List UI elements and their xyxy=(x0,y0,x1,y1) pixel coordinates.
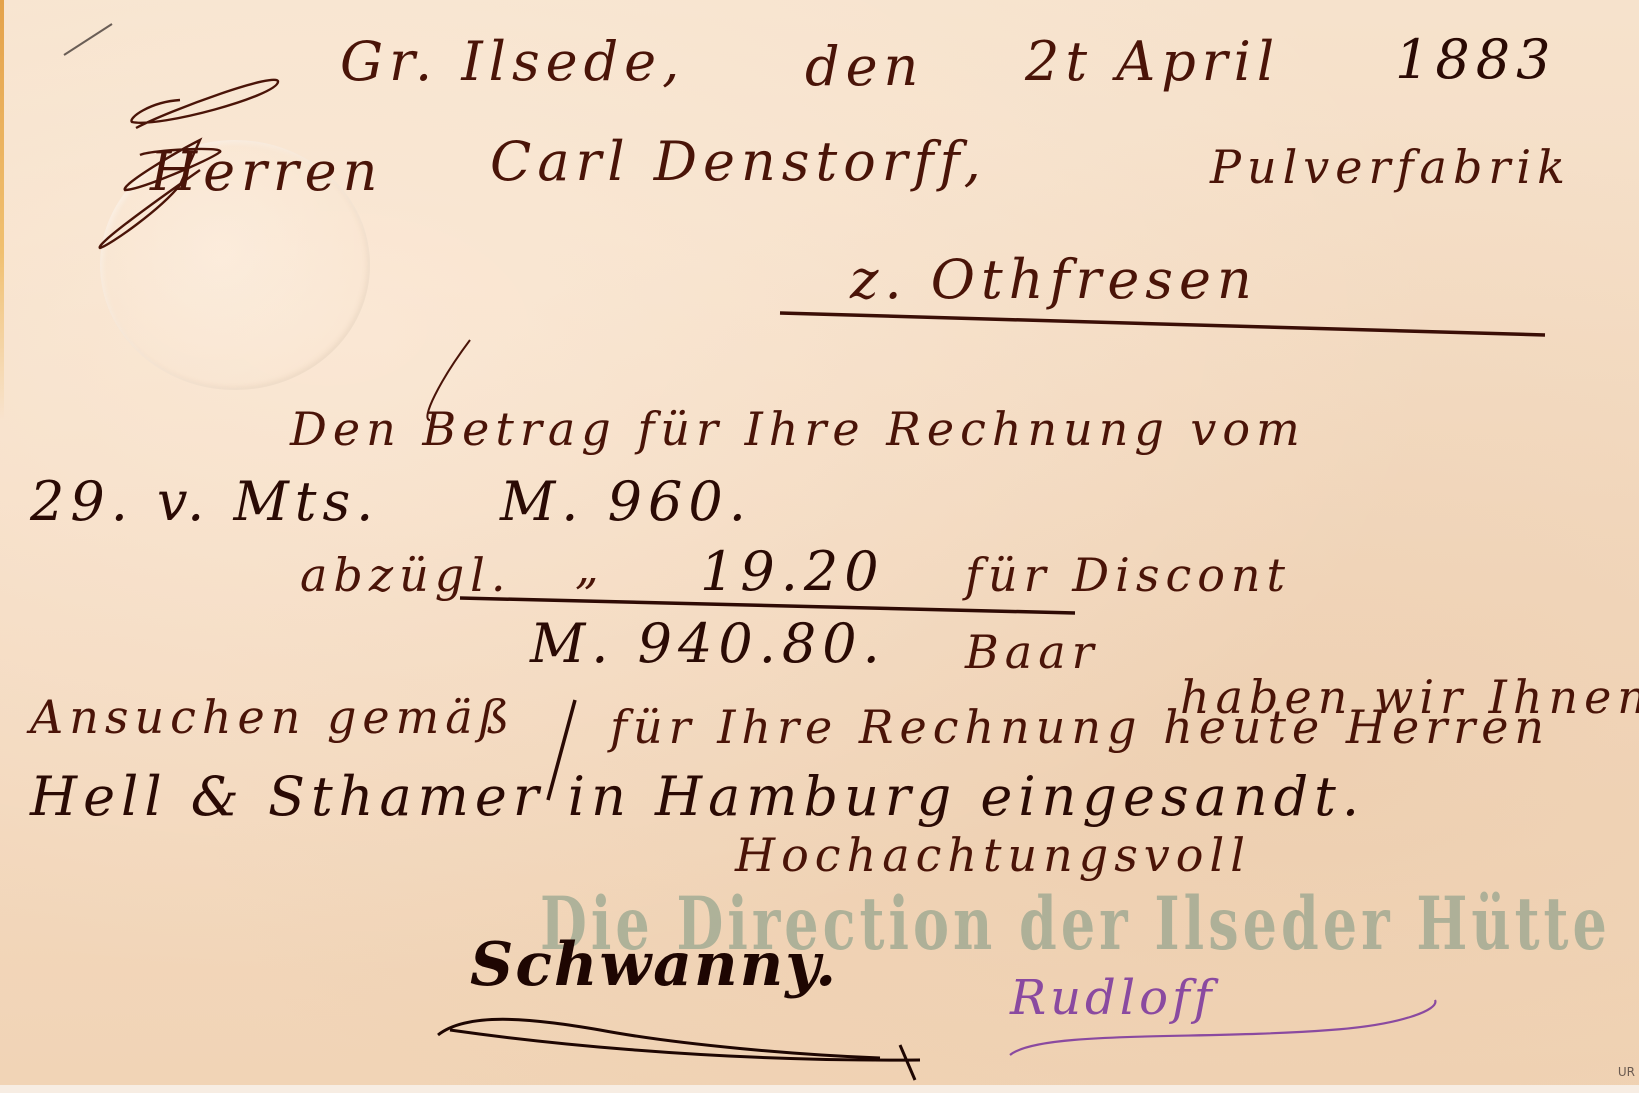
year-text: 1883 xyxy=(1395,28,1556,91)
signature-flourish xyxy=(438,1019,920,1080)
date-text: 2t April xyxy=(1025,30,1280,93)
salutation-text: Herren xyxy=(150,140,383,203)
body-line-1: Den Betrag für Ihre Rechnung vom xyxy=(290,402,1306,456)
pencil-mark xyxy=(64,24,112,55)
printer-mark: UR xyxy=(1618,1065,1635,1079)
signature-second: Rudloff xyxy=(1010,970,1216,1026)
discount-amount: 19.20 xyxy=(700,540,885,603)
postcard: Gr. Ilsede, den 2t April 1883 Herren Car… xyxy=(0,0,1639,1093)
den-text: den xyxy=(805,35,924,98)
invoice-amount: M. 960. xyxy=(500,470,752,533)
body-line-5a: Ansuchen gemäß xyxy=(30,690,515,744)
ditto-mark: „ xyxy=(575,540,605,594)
body-line-5b: für Ihre Rechnung heute Herren xyxy=(610,700,1550,754)
closing-text: Hochachtungsvoll xyxy=(735,828,1251,882)
invoice-date: 29. v. Mts. xyxy=(30,470,379,533)
body-line-6: Hell & Sthamer in Hamburg eingesandt. xyxy=(30,765,1365,828)
recipient-name: Carl Denstorff, xyxy=(490,130,987,193)
place-text: Gr. Ilsede, xyxy=(340,30,685,93)
recipient-location: z. Othfresen xyxy=(850,248,1258,311)
card-bottom-edge xyxy=(0,1085,1639,1093)
deduction-label: abzügl. xyxy=(300,548,512,602)
discount-note: für Discont xyxy=(965,548,1291,602)
total-amount: M. 940.80. xyxy=(530,612,886,675)
address-underline xyxy=(780,313,1545,335)
recipient-business: Pulverfabrik xyxy=(1210,140,1571,194)
cash-note: Baar xyxy=(965,625,1100,679)
signature-first: Schwanny. xyxy=(470,930,838,1000)
